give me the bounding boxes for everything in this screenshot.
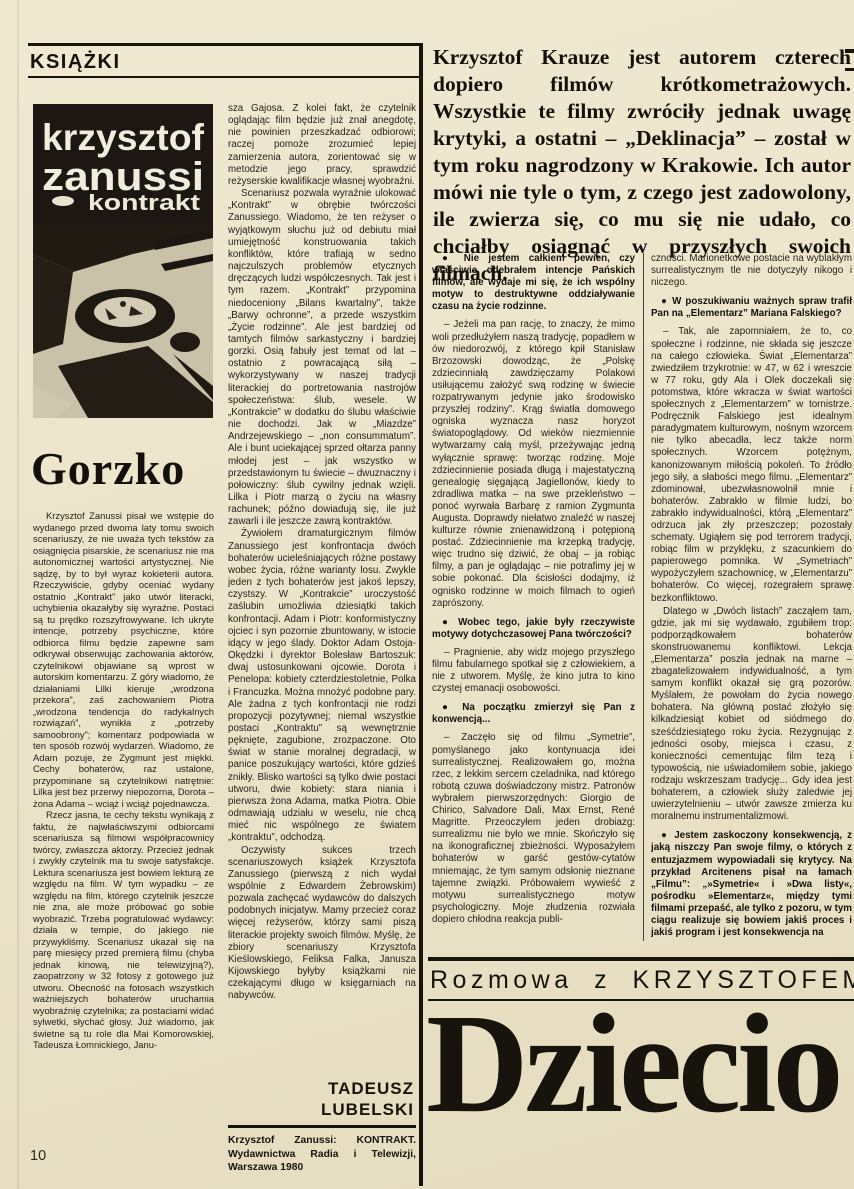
review-author-line1: TADEUSZ bbox=[228, 1078, 414, 1099]
interview-question: ● Wobec tego, jakie były rzeczywiste mot… bbox=[432, 617, 635, 641]
interview-headline: Dziecio bbox=[426, 992, 854, 1134]
interview-answer: Dlatego w „Dwóch listach” zacząłem tam, … bbox=[651, 606, 852, 824]
interview-answer: – Pragnienie, aby widz mojego przyszłego… bbox=[432, 647, 635, 695]
interview-question: ● Na początku zmierzył się Pan z konwenc… bbox=[432, 702, 635, 726]
interview-column-2: czności. Marionetkowe postacie na wyblak… bbox=[651, 253, 852, 943]
review-paragraph: Oczywisty sukces trzech scenariuszowych … bbox=[228, 845, 416, 1003]
cover-emblem-icon bbox=[52, 196, 74, 206]
review-column-1: Krzysztof Zanussi pisał we wstępie do wy… bbox=[33, 510, 214, 1150]
book-cover-image: krzysztof zanussi kontrakt bbox=[33, 104, 213, 418]
page-number: 10 bbox=[30, 1148, 46, 1164]
cover-title-line1: krzysztof bbox=[42, 117, 205, 158]
interview-column-1: ● Nie jestem całkiem pewien, czy właściw… bbox=[432, 253, 635, 943]
review-column-2: sza Gajosa. Z kolei fakt, że czytelnik o… bbox=[228, 103, 416, 1075]
interview-question: ● Nie jestem całkiem pewien, czy właściw… bbox=[432, 253, 635, 313]
cover-subtitle: kontrakt bbox=[88, 190, 201, 215]
masthead-rule-top bbox=[28, 43, 419, 46]
review-headline: Gorzko bbox=[31, 442, 185, 495]
scan-crease-line bbox=[17, 0, 19, 1189]
masthead-rule-bottom bbox=[28, 76, 419, 78]
review-credit: Krzysztof Zanussi: KONTRAKT. Wydawnictwa… bbox=[228, 1134, 416, 1175]
magazine-page-scan: { "page": { "number": "10" }, "masthead"… bbox=[0, 0, 854, 1189]
review-author-line2: LUBELSKI bbox=[228, 1099, 414, 1120]
review-paragraph: sza Gajosa. Z kolei fakt, że czytelnik o… bbox=[228, 103, 416, 188]
interview-answer: – Zaczęło się od filmu „Symetrie”, pomyś… bbox=[432, 732, 635, 926]
review-paragraph: Scenariusz pozwala wyraźnie ulokować „Ko… bbox=[228, 188, 416, 528]
interview-question: ● W poszukiwaniu ważnych spraw trafił Pa… bbox=[651, 296, 852, 320]
interview-column-divider bbox=[643, 253, 644, 941]
kicker-rule-top bbox=[428, 957, 854, 961]
interview-answer-continued: czności. Marionetkowe postacie na wyblak… bbox=[651, 253, 852, 289]
book-cover-photo: krzysztof zanussi kontrakt bbox=[33, 104, 213, 418]
review-paragraph: Krzysztof Zanussi pisał we wstępie do wy… bbox=[33, 510, 214, 809]
section-label: KSIĄŻKI bbox=[30, 51, 121, 74]
review-credit-rule bbox=[228, 1125, 416, 1128]
interview-answer: – Jeżeli ma pan rację, to znaczy, że mim… bbox=[432, 319, 635, 609]
center-column-divider bbox=[419, 43, 423, 1186]
interview-answer: – Tak, ale zapomniałem, że to, co społec… bbox=[651, 326, 852, 604]
review-paragraph: Żywiołem dramaturgicznym filmów Zanussie… bbox=[228, 528, 416, 844]
review-paragraph: Rzecz jasna, te cechy tekstu wynikają z … bbox=[33, 809, 214, 1051]
review-author: TADEUSZ LUBELSKI bbox=[228, 1078, 414, 1120]
interview-question: ● Jestem zaskoczony konsekwencją, z jaką… bbox=[651, 830, 852, 939]
